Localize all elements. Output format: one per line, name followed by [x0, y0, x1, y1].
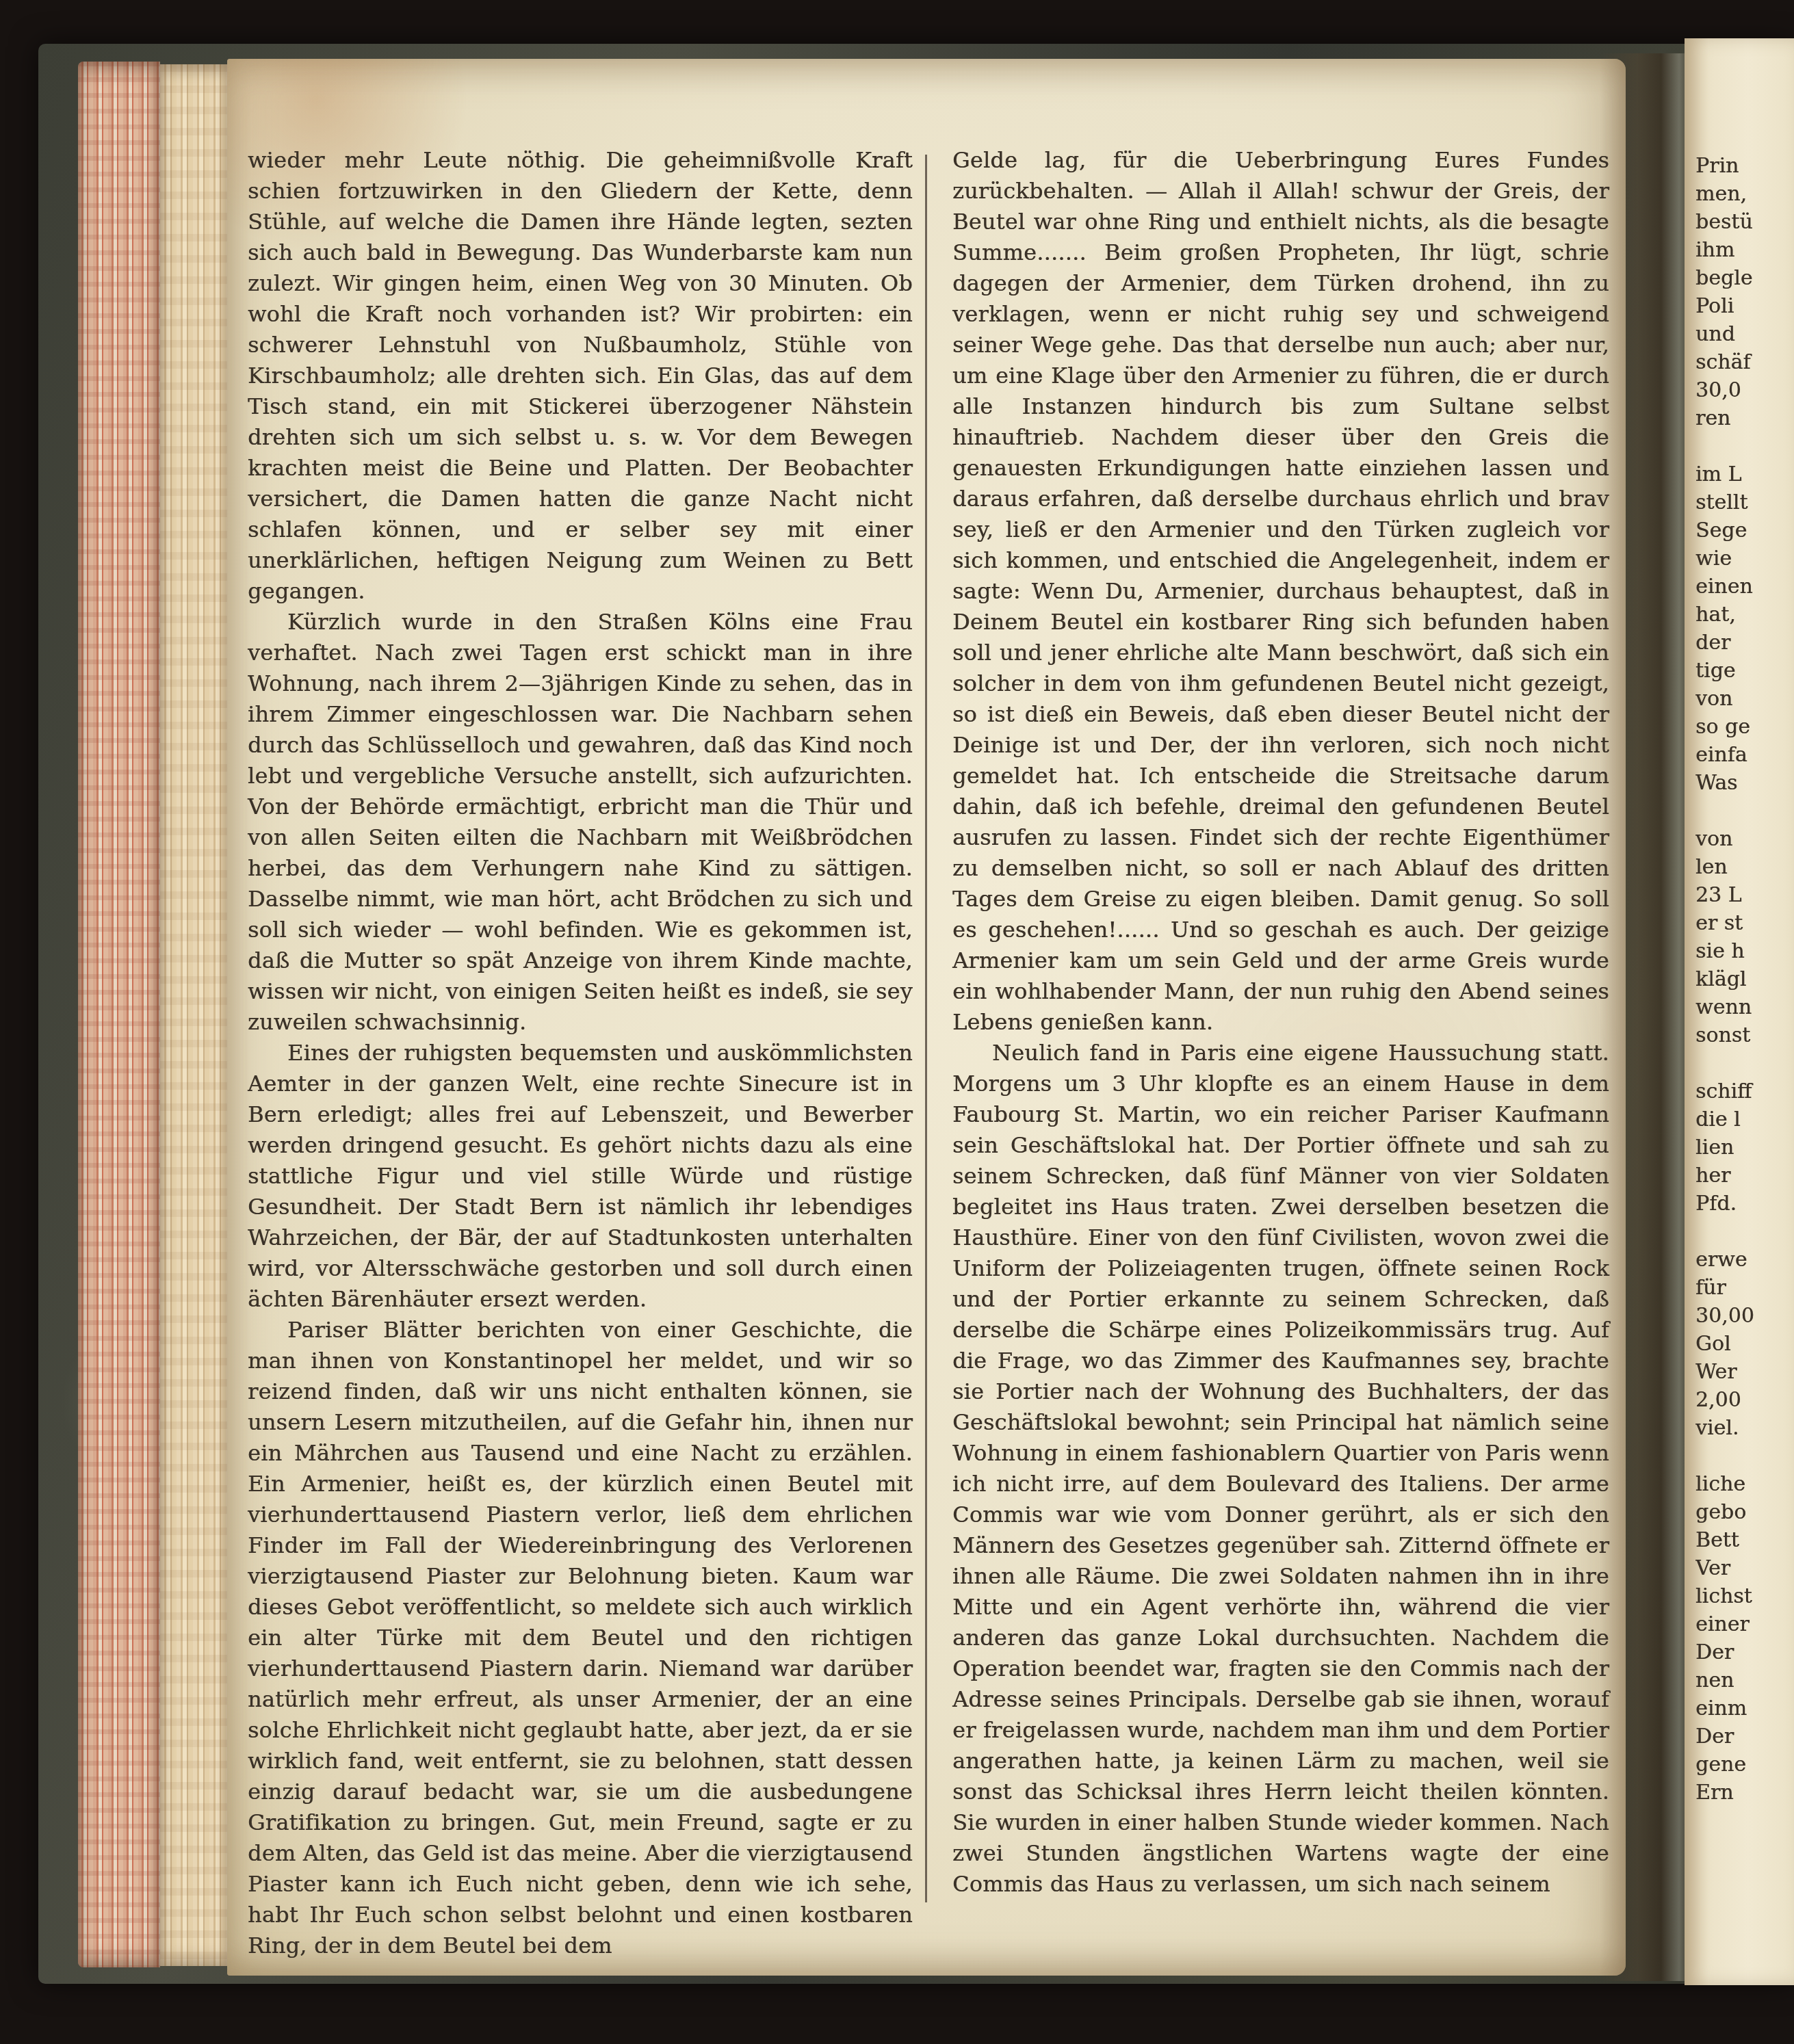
- fragment-group: schiffdie llienherPfd.: [1695, 1077, 1794, 1218]
- text-fragment: wenn: [1695, 993, 1794, 1021]
- text-fragment: erwe: [1695, 1246, 1794, 1274]
- text-fragment: schiff: [1695, 1077, 1794, 1105]
- text-fragment: von: [1695, 685, 1794, 713]
- text-fragment: viel.: [1695, 1414, 1794, 1442]
- text-fragment: der: [1695, 629, 1794, 657]
- text-fragment: 2,00: [1695, 1386, 1794, 1414]
- text-fragment: hat,: [1695, 601, 1794, 629]
- text-fragment: Bett: [1695, 1526, 1794, 1554]
- paragraph: Gelde lag, für die Ueberbringung Eures F…: [952, 145, 1609, 1038]
- paragraph: Neulich fand in Paris eine eigene Haussu…: [952, 1038, 1609, 1900]
- text-fragment: von: [1695, 825, 1794, 853]
- fragment-group: Prinmen,bestüihmbeglePoliundschäf30,0ren: [1695, 152, 1794, 432]
- text-fragment: Der: [1695, 1638, 1794, 1666]
- text-fragment: Der: [1695, 1722, 1794, 1751]
- text-fragment: Prin: [1695, 152, 1794, 180]
- text-fragment: Pfd.: [1695, 1190, 1794, 1218]
- text-fragment: lien: [1695, 1134, 1794, 1162]
- gutter-fold-shadow: [1600, 53, 1690, 1981]
- text-fragment: ren: [1695, 404, 1794, 432]
- text-fragment: sonst: [1695, 1021, 1794, 1049]
- text-fragment: begle: [1695, 264, 1794, 292]
- left-text-column: wieder mehr Leute nöthig. Die geheimnißv…: [248, 145, 913, 1961]
- fragment-group: vonlen23 Ler stsie hkläglwennsonst: [1695, 825, 1794, 1049]
- text-fragment: einer: [1695, 1610, 1794, 1638]
- text-fragment: wie: [1695, 545, 1794, 573]
- fragment-group: lichegeboBettVerlichsteinerDerneneinmDer…: [1695, 1470, 1794, 1807]
- paragraph: Pariser Blätter berichten von einer Gesc…: [248, 1315, 913, 1961]
- text-fragment: 23 L: [1695, 881, 1794, 909]
- text-fragment: Was: [1695, 769, 1794, 797]
- text-fragment: men,: [1695, 180, 1794, 208]
- paragraph: wieder mehr Leute nöthig. Die geheimnißv…: [248, 145, 913, 607]
- text-fragment: klägl: [1695, 965, 1794, 993]
- text-fragment: die l: [1695, 1105, 1794, 1134]
- text-fragment: gebo: [1695, 1498, 1794, 1526]
- text-fragment: er st: [1695, 909, 1794, 937]
- text-fragment: 30,0: [1695, 376, 1794, 404]
- text-fragment: liche: [1695, 1470, 1794, 1498]
- text-fragment: gene: [1695, 1751, 1794, 1779]
- page-edge-stack-speckled: [78, 62, 160, 1967]
- text-fragment: 30,00: [1695, 1302, 1794, 1330]
- column-divider-rule: [925, 155, 927, 1902]
- text-fragment: ihm: [1695, 236, 1794, 264]
- fragment-group: im LstelltSegewieeinenhat,dertigevonso g…: [1695, 460, 1794, 797]
- text-fragment: stellt: [1695, 488, 1794, 516]
- text-fragment: für: [1695, 1274, 1794, 1302]
- text-fragment: tige: [1695, 657, 1794, 685]
- text-fragment: Gol: [1695, 1330, 1794, 1358]
- text-fragment: schäf: [1695, 348, 1794, 376]
- fragment-group: erwefür30,00GolWer2,00viel.: [1695, 1246, 1794, 1442]
- text-fragment: Wer: [1695, 1358, 1794, 1386]
- text-fragment: lichst: [1695, 1582, 1794, 1610]
- text-fragment: nen: [1695, 1666, 1794, 1694]
- text-fragment: Ern: [1695, 1779, 1794, 1807]
- text-fragment: bestü: [1695, 208, 1794, 236]
- next-page-text-fragments: Prinmen,bestüihmbeglePoliundschäf30,0ren…: [1695, 152, 1794, 1958]
- text-fragment: sie h: [1695, 937, 1794, 965]
- text-fragment: Ver: [1695, 1554, 1794, 1582]
- text-fragment: her: [1695, 1162, 1794, 1190]
- paragraph: Eines der ruhigsten bequemsten und auskö…: [248, 1038, 913, 1315]
- text-fragment: einfa: [1695, 741, 1794, 769]
- page-edge-stack-cream: [160, 64, 229, 1966]
- paragraph: Kürzlich wurde in den Straßen Kölns eine…: [248, 607, 913, 1038]
- text-fragment: einen: [1695, 573, 1794, 601]
- middle-text-column: Gelde lag, für die Ueberbringung Eures F…: [952, 145, 1609, 1900]
- text-fragment: im L: [1695, 460, 1794, 488]
- text-fragment: Poli: [1695, 292, 1794, 320]
- text-fragment: so ge: [1695, 713, 1794, 741]
- text-fragment: und: [1695, 320, 1794, 348]
- text-fragment: einm: [1695, 1694, 1794, 1722]
- text-fragment: Sege: [1695, 516, 1794, 545]
- text-fragment: len: [1695, 853, 1794, 881]
